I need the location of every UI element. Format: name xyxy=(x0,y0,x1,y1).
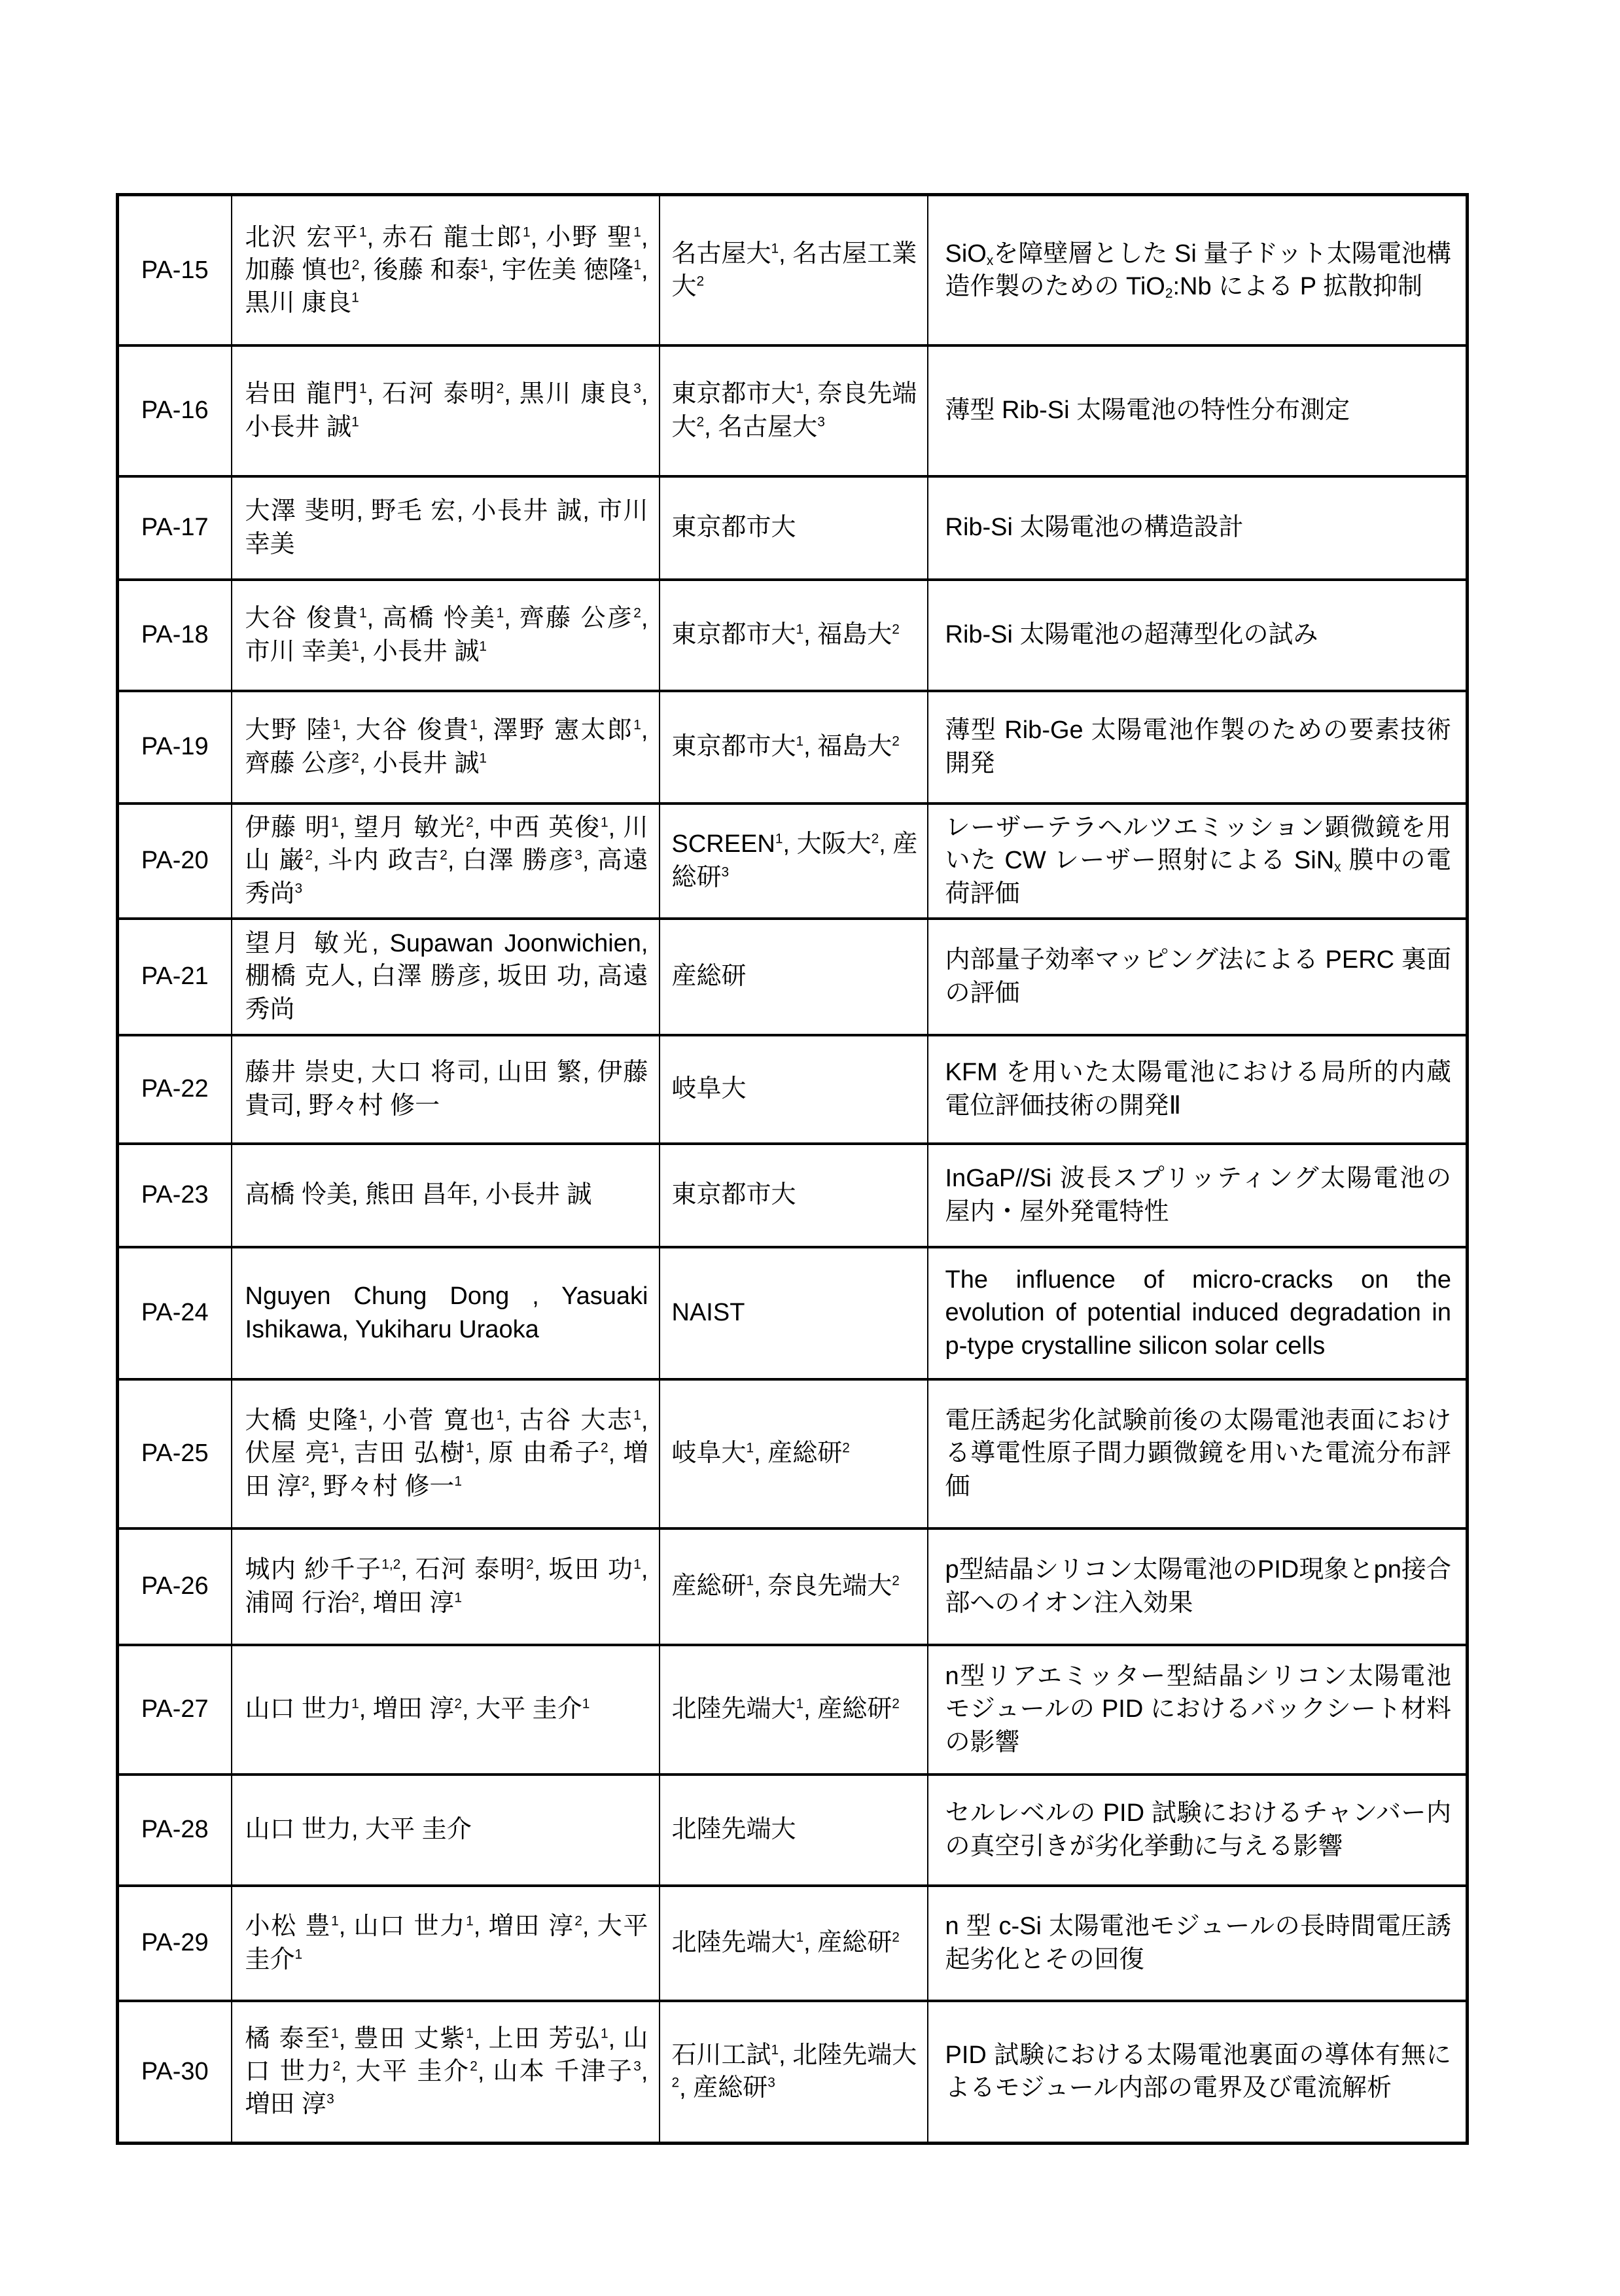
paper-affiliations: 東京都市大 xyxy=(660,476,928,580)
paper-title: 電圧誘起劣化試験前後の太陽電池表面における導電性原子間力顕微鏡を用いた電流分布評… xyxy=(928,1379,1468,1528)
paper-authors: Nguyen Chung Dong , Yasuaki Ishikawa, Yu… xyxy=(232,1247,660,1379)
paper-id: PA-28 xyxy=(118,1775,232,1886)
paper-id: PA-18 xyxy=(118,580,232,691)
paper-affiliations: 東京都市大1, 福島大2 xyxy=(660,580,928,691)
paper-id: PA-22 xyxy=(118,1035,232,1144)
table-row: PA-25 大橋 史隆1, 小菅 寛也1, 古谷 大志1, 伏屋 亮1, 吉田 … xyxy=(118,1379,1468,1528)
paper-title: PID 試験における太陽電池裏面の導体有無によるモジュール内部の電界及び電流解析 xyxy=(928,2001,1468,2144)
table-row: PA-30 橘 泰至1, 豊田 丈紫1, 上田 芳弘1, 山口 世力2, 大平 … xyxy=(118,2001,1468,2144)
papers-table: PA-15 北沢 宏平1, 赤石 龍士郎1, 小野 聖1, 加藤 慎也2, 後藤… xyxy=(116,193,1469,2145)
table-row: PA-22 藤井 崇史, 大口 将司, 山田 繁, 伊藤 貴司, 野々村 修一 … xyxy=(118,1035,1468,1144)
paper-authors: 高橋 怜美, 熊田 昌年, 小長井 誠 xyxy=(232,1144,660,1247)
paper-authors: 小松 豊1, 山口 世力1, 増田 淳2, 大平 圭介1 xyxy=(232,1886,660,2001)
paper-affiliations: 産総研1, 奈良先端大2 xyxy=(660,1528,928,1645)
paper-authors: 望月 敏光, Supawan Joonwichien, 棚橋 克人, 白澤 勝彦… xyxy=(232,919,660,1035)
paper-title: 内部量子効率マッピング法による PERC 裏面の評価 xyxy=(928,919,1468,1035)
document-page: PA-15 北沢 宏平1, 赤石 龍士郎1, 小野 聖1, 加藤 慎也2, 後藤… xyxy=(0,0,1620,2296)
paper-authors: 大澤 斐明, 野毛 宏, 小長井 誠, 市川 幸美 xyxy=(232,476,660,580)
paper-affiliations: 東京都市大 xyxy=(660,1144,928,1247)
paper-title: n型リアエミッター型結晶シリコン太陽電池モジュールの PID におけるバックシー… xyxy=(928,1645,1468,1775)
paper-title: p型結晶シリコン太陽電池のPID現象とpn接合部へのイオン注入効果 xyxy=(928,1528,1468,1645)
paper-authors: 岩田 龍門1, 石河 泰明2, 黒川 康良3, 小長井 誠1 xyxy=(232,345,660,476)
table-row: PA-27 山口 世力1, 増田 淳2, 大平 圭介1 北陸先端大1, 産総研2… xyxy=(118,1645,1468,1775)
paper-authors: 城内 紗千子1,2, 石河 泰明2, 坂田 功1, 浦岡 行治2, 増田 淳1 xyxy=(232,1528,660,1645)
paper-id: PA-21 xyxy=(118,919,232,1035)
paper-affiliations: 岐阜大 xyxy=(660,1035,928,1144)
papers-table-body: PA-15 北沢 宏平1, 赤石 龍士郎1, 小野 聖1, 加藤 慎也2, 後藤… xyxy=(118,195,1468,2144)
paper-title: The influence of micro-cracks on the evo… xyxy=(928,1247,1468,1379)
paper-title: 薄型 Rib-Ge 太陽電池作製のための要素技術開発 xyxy=(928,691,1468,804)
paper-id: PA-19 xyxy=(118,691,232,804)
paper-title: InGaP//Si 波長スプリッティング太陽電池の屋内・屋外発電特性 xyxy=(928,1144,1468,1247)
paper-title: レーザーテラヘルツエミッション顕微鏡を用いた CW レーザー照射による SiNx… xyxy=(928,804,1468,919)
paper-affiliations: 東京都市大1, 福島大2 xyxy=(660,691,928,804)
paper-title: Rib-Si 太陽電池の構造設計 xyxy=(928,476,1468,580)
table-row: PA-23 高橋 怜美, 熊田 昌年, 小長井 誠 東京都市大 InGaP//S… xyxy=(118,1144,1468,1247)
paper-affiliations: 東京都市大1, 奈良先端大2, 名古屋大3 xyxy=(660,345,928,476)
table-row: PA-18 大谷 俊貴1, 高橋 怜美1, 齊藤 公彦2, 市川 幸美1, 小長… xyxy=(118,580,1468,691)
paper-affiliations: 北陸先端大 xyxy=(660,1775,928,1886)
paper-id: PA-27 xyxy=(118,1645,232,1775)
paper-id: PA-16 xyxy=(118,345,232,476)
paper-title: SiOxを障壁層とした Si 量子ドット太陽電池構造作製のための TiO2:Nb… xyxy=(928,195,1468,345)
paper-authors: 藤井 崇史, 大口 将司, 山田 繁, 伊藤 貴司, 野々村 修一 xyxy=(232,1035,660,1144)
table-row: PA-29 小松 豊1, 山口 世力1, 増田 淳2, 大平 圭介1 北陸先端大… xyxy=(118,1886,1468,2001)
table-row: PA-24 Nguyen Chung Dong , Yasuaki Ishika… xyxy=(118,1247,1468,1379)
paper-id: PA-25 xyxy=(118,1379,232,1528)
table-row: PA-17 大澤 斐明, 野毛 宏, 小長井 誠, 市川 幸美 東京都市大 Ri… xyxy=(118,476,1468,580)
table-row: PA-20 伊藤 明1, 望月 敏光2, 中西 英俊1, 川山 巌2, 斗内 政… xyxy=(118,804,1468,919)
paper-authors: 橘 泰至1, 豊田 丈紫1, 上田 芳弘1, 山口 世力2, 大平 圭介2, 山… xyxy=(232,2001,660,2144)
table-row: PA-21 望月 敏光, Supawan Joonwichien, 棚橋 克人,… xyxy=(118,919,1468,1035)
paper-id: PA-15 xyxy=(118,195,232,345)
paper-affiliations: 石川工試1, 北陸先端大2, 産総研3 xyxy=(660,2001,928,2144)
table-row: PA-28 山口 世力, 大平 圭介 北陸先端大 セルレベルの PID 試験にお… xyxy=(118,1775,1468,1886)
paper-authors: 大谷 俊貴1, 高橋 怜美1, 齊藤 公彦2, 市川 幸美1, 小長井 誠1 xyxy=(232,580,660,691)
paper-affiliations: 名古屋大1, 名古屋工業大2 xyxy=(660,195,928,345)
paper-authors: 大野 陸1, 大谷 俊貴1, 澤野 憲太郎1, 齊藤 公彦2, 小長井 誠1 xyxy=(232,691,660,804)
paper-title: n 型 c-Si 太陽電池モジュールの長時間電圧誘起劣化とその回復 xyxy=(928,1886,1468,2001)
paper-id: PA-24 xyxy=(118,1247,232,1379)
table-row: PA-16 岩田 龍門1, 石河 泰明2, 黒川 康良3, 小長井 誠1 東京都… xyxy=(118,345,1468,476)
paper-authors: 伊藤 明1, 望月 敏光2, 中西 英俊1, 川山 巌2, 斗内 政吉2, 白澤… xyxy=(232,804,660,919)
table-row: PA-15 北沢 宏平1, 赤石 龍士郎1, 小野 聖1, 加藤 慎也2, 後藤… xyxy=(118,195,1468,345)
paper-id: PA-23 xyxy=(118,1144,232,1247)
paper-affiliations: NAIST xyxy=(660,1247,928,1379)
paper-affiliations: 北陸先端大1, 産総研2 xyxy=(660,1886,928,2001)
paper-authors: 北沢 宏平1, 赤石 龍士郎1, 小野 聖1, 加藤 慎也2, 後藤 和泰1, … xyxy=(232,195,660,345)
table-row: PA-19 大野 陸1, 大谷 俊貴1, 澤野 憲太郎1, 齊藤 公彦2, 小長… xyxy=(118,691,1468,804)
paper-id: PA-20 xyxy=(118,804,232,919)
paper-affiliations: SCREEN1, 大阪大2, 産総研3 xyxy=(660,804,928,919)
table-row: PA-26 城内 紗千子1,2, 石河 泰明2, 坂田 功1, 浦岡 行治2, … xyxy=(118,1528,1468,1645)
paper-title: KFM を用いた太陽電池における局所的内蔵電位評価技術の開発Ⅱ xyxy=(928,1035,1468,1144)
paper-title: Rib-Si 太陽電池の超薄型化の試み xyxy=(928,580,1468,691)
paper-id: PA-17 xyxy=(118,476,232,580)
paper-title: セルレベルの PID 試験におけるチャンバー内の真空引きが劣化挙動に与える影響 xyxy=(928,1775,1468,1886)
paper-authors: 山口 世力1, 増田 淳2, 大平 圭介1 xyxy=(232,1645,660,1775)
paper-affiliations: 北陸先端大1, 産総研2 xyxy=(660,1645,928,1775)
paper-affiliations: 岐阜大1, 産総研2 xyxy=(660,1379,928,1528)
paper-id: PA-26 xyxy=(118,1528,232,1645)
paper-affiliations: 産総研 xyxy=(660,919,928,1035)
paper-authors: 山口 世力, 大平 圭介 xyxy=(232,1775,660,1886)
paper-authors: 大橋 史隆1, 小菅 寛也1, 古谷 大志1, 伏屋 亮1, 吉田 弘樹1, 原… xyxy=(232,1379,660,1528)
paper-title: 薄型 Rib-Si 太陽電池の特性分布測定 xyxy=(928,345,1468,476)
paper-id: PA-29 xyxy=(118,1886,232,2001)
paper-id: PA-30 xyxy=(118,2001,232,2144)
